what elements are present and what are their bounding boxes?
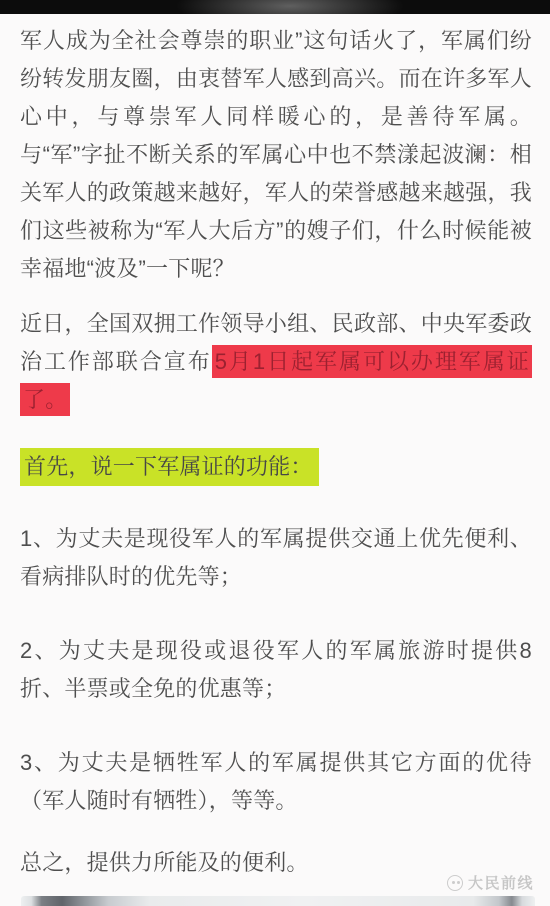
article-body: 军人成为全社会尊崇的职业”这句话火了，军属们纷纷转发朋友圈，由衷替军人感到高兴。…	[0, 14, 550, 882]
top-bar-glow	[175, 0, 405, 14]
body-paragraph-1: 军人成为全社会尊崇的职业”这句话火了，军属们纷纷转发朋友圈，由衷替军人感到高兴。…	[20, 22, 532, 288]
section-heading: 首先，说一下军属证的功能：	[20, 448, 532, 486]
yellow-highlight-text: 首先，说一下军属证的功能：	[20, 448, 319, 486]
watermark-text: 大民前线	[468, 872, 534, 893]
body-paragraph-2: 近日，全国双拥工作领导小组、民政部、中央军委政治工作部联合宣布5月1日起军属可以…	[20, 305, 532, 419]
partial-photo	[21, 896, 535, 906]
watermark: 大民前线	[447, 872, 534, 893]
brand-logo-icon	[447, 875, 463, 891]
benefit-item-1: 1、为丈夫是现役军人的军属提供交通上优先便利、看病排队时的优先等；	[20, 520, 532, 596]
article-page: 军人成为全社会尊崇的职业”这句话火了，军属们纷纷转发朋友圈，由衷替军人感到高兴。…	[0, 0, 550, 906]
benefit-item-3: 3、为丈夫是牺牲军人的军属提供其它方面的优待（军人随时有牺牲），等等。	[20, 744, 532, 820]
previous-content-edge	[0, 0, 550, 14]
benefit-item-2: 2、为丈夫是现役或退役军人的军属旅游时提供8折、半票或全免的优惠等；	[20, 632, 532, 708]
